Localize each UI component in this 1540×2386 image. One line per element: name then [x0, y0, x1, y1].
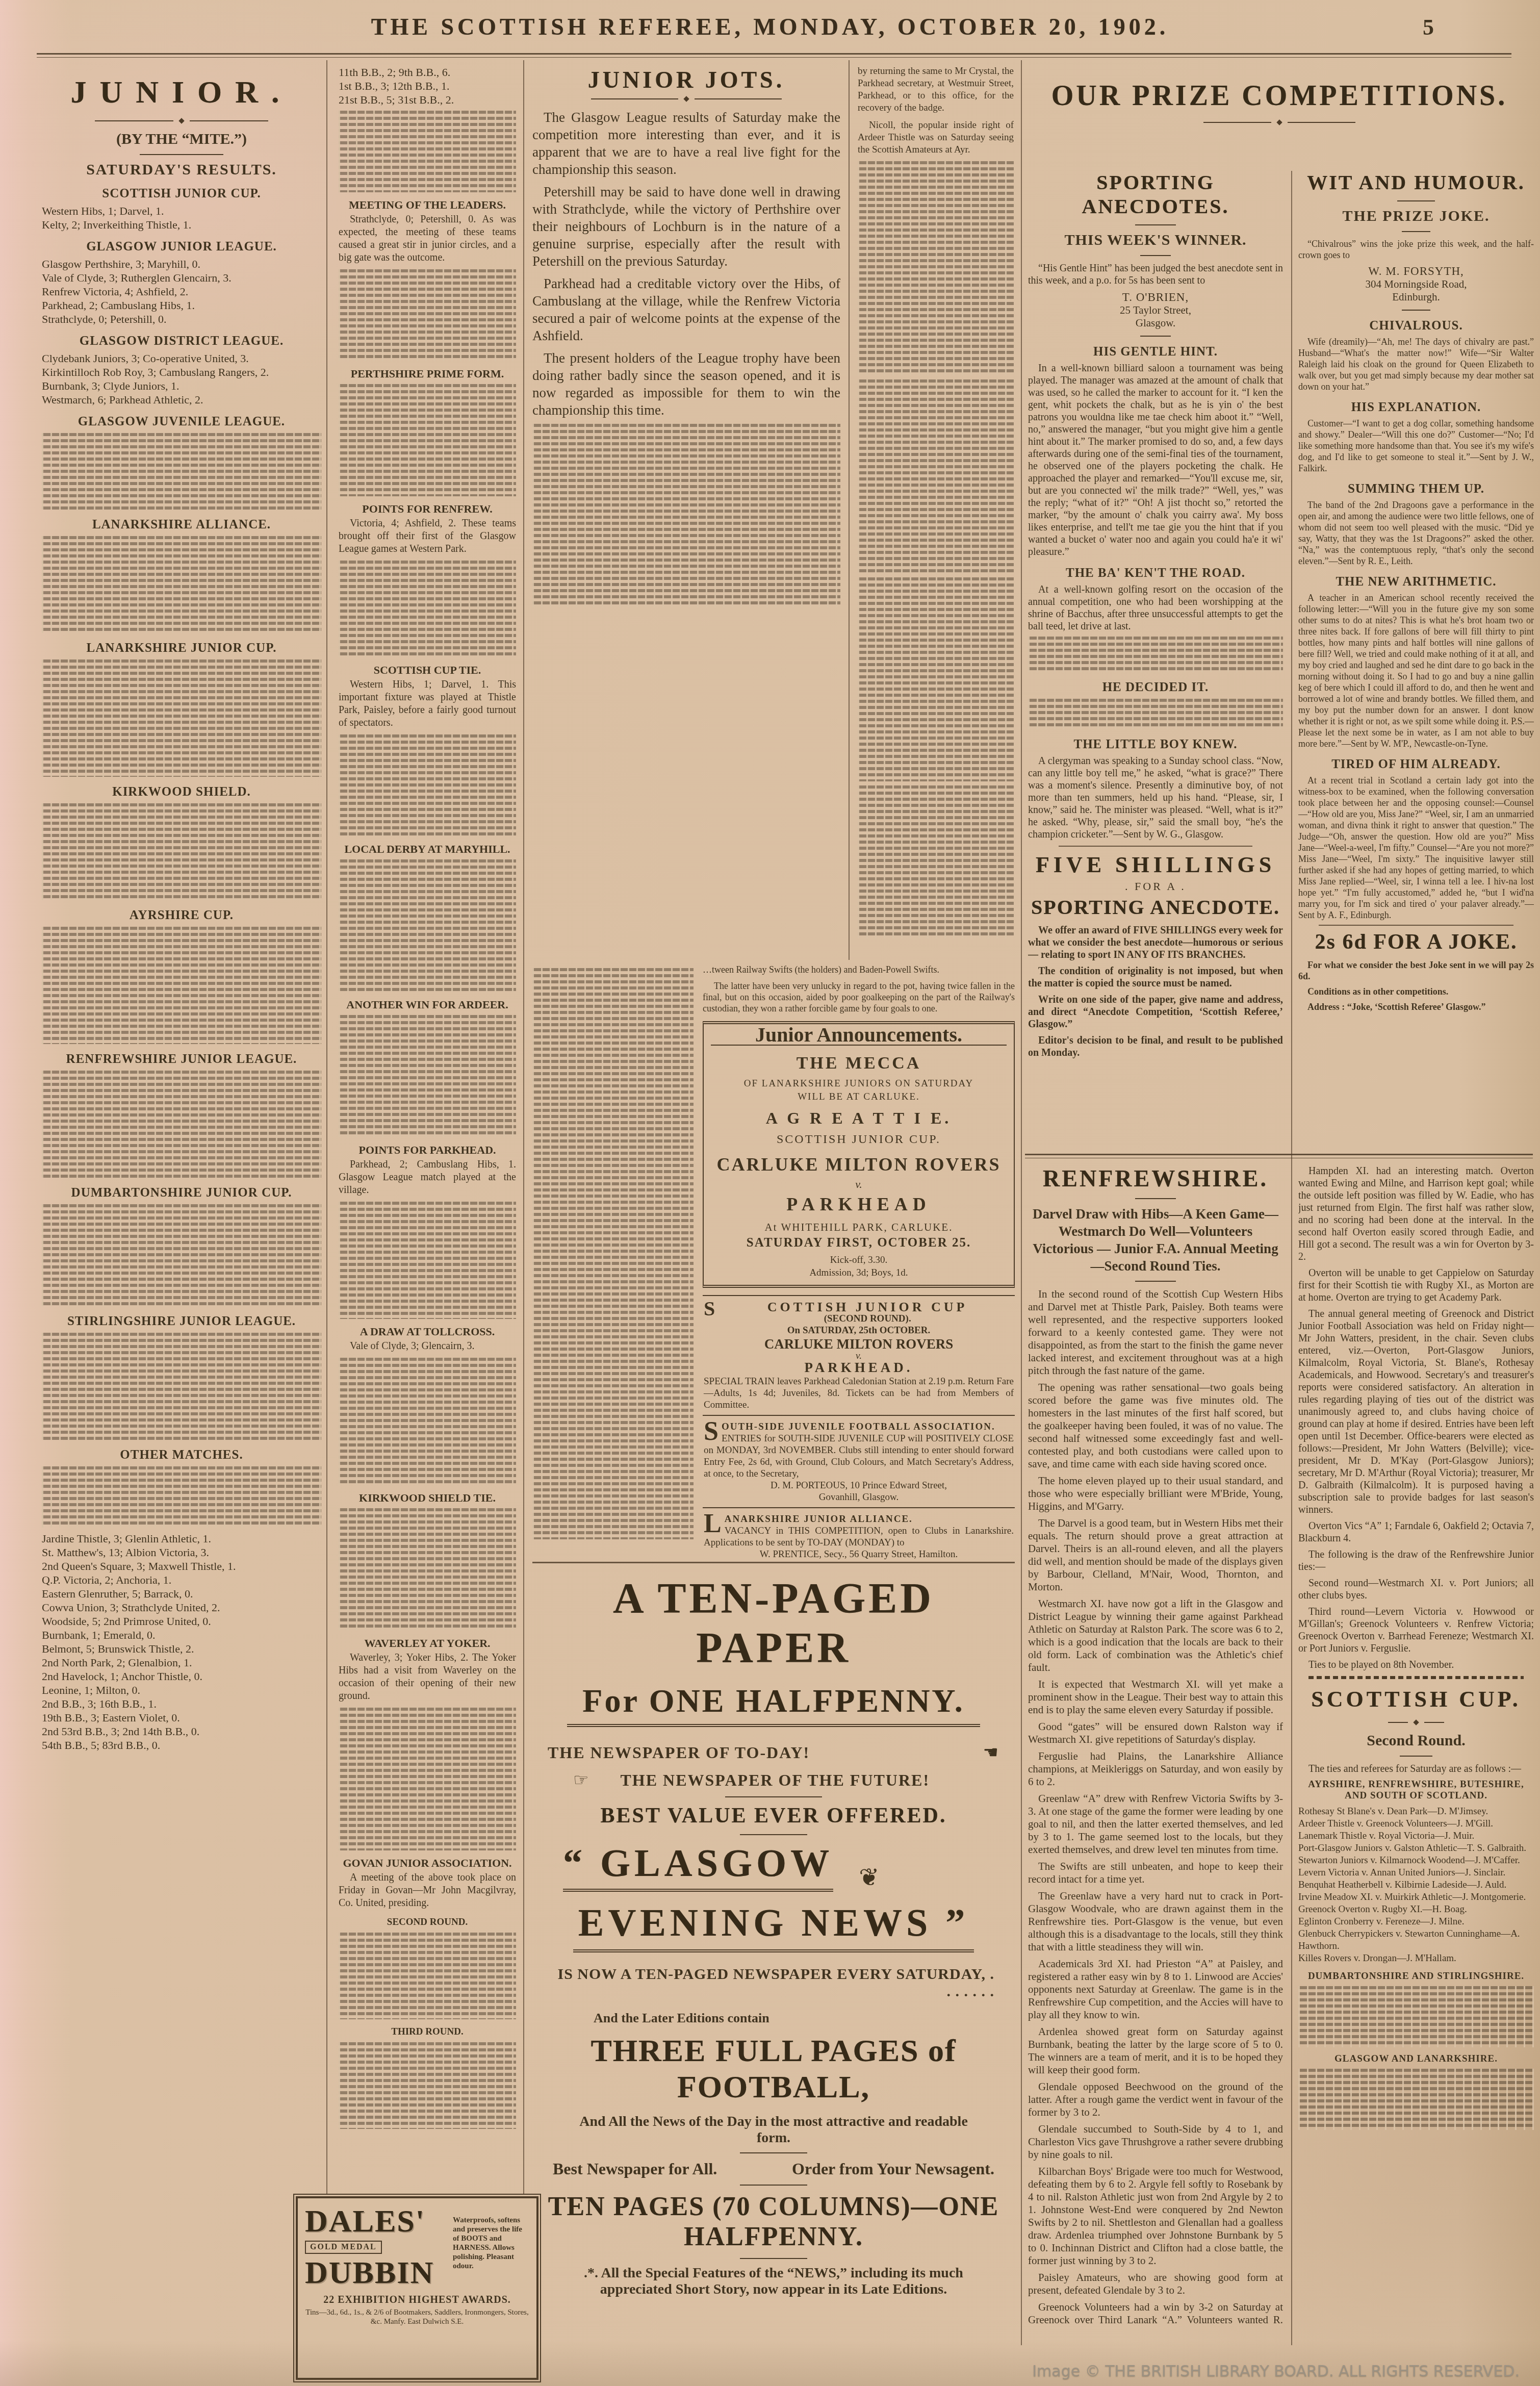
- illegible-text: [339, 384, 516, 496]
- classified-team: PARKHEAD.: [704, 1362, 1014, 1374]
- paragraph: It is expected that Westmarch XI. will y…: [1028, 1678, 1283, 1716]
- illegible-text: [339, 1358, 516, 1485]
- dubbin-ad: DALES' GOLD MEDAL DUBBIN Waterproofs, so…: [296, 2196, 538, 2380]
- joke-text: The band of the 2nd Dragoons gave a perf…: [1298, 499, 1534, 567]
- result-list: Western Hibs, 1; Darvel, 1.Kelty, 2; Inv…: [42, 204, 321, 232]
- divider-icon: [1402, 231, 1430, 232]
- junior-jots-column: JUNIOR JOTS. ◆ The Glasgow League result…: [532, 65, 840, 960]
- result-line: Kirkintilloch Rob Roy, 3; Cambuslang Ran…: [42, 365, 321, 379]
- paragraph: The Glasgow League results of Saturday m…: [532, 109, 840, 178]
- ad-brand: EVENING NEWS ”: [573, 1892, 974, 1952]
- dubbin-tins: Tins—3d., 6d., 1s., & 2/6 of Bootmakers,…: [305, 2308, 529, 2326]
- classified-sub: (SECOND ROUND).: [704, 1313, 1014, 1325]
- classified-sub: On SATURDAY, 25th OCTOBER.: [704, 1325, 1014, 1336]
- junior-column: JUNIOR. ◆ (BY THE “MITE.”) SATURDAY'S RE…: [42, 65, 321, 2330]
- result-line: Kelty, 2; Inverkeithing Thistle, 1.: [42, 218, 321, 232]
- column-rule: [1291, 171, 1292, 2345]
- divider-icon: [1140, 255, 1171, 256]
- paragraph: A meeting of the above took place on Fri…: [339, 1871, 516, 1910]
- section-rule: [1025, 1154, 1533, 1158]
- ad-line: THE NEWSPAPER OF TO-DAY!: [548, 1743, 810, 1762]
- ad-row: Best Newspaper for All. Order from Your …: [553, 2160, 994, 2178]
- result-line: 19th B.B., 3; Eastern Violet, 0.: [42, 1711, 321, 1724]
- result-line: Jardine Thistle, 3; Glenlin Athletic, 1.: [42, 1532, 321, 1545]
- paragraph: The opening was rather sensational—two g…: [1028, 1381, 1283, 1470]
- five-shillings-title: FIVE SHILLINGS: [1028, 852, 1283, 878]
- illegible-results: [42, 433, 321, 510]
- ad-row: ☞ THE NEWSPAPER OF THE FUTURE!: [573, 1770, 999, 1790]
- joke-box-title: 2s 6d FOR A JOKE.: [1298, 930, 1534, 954]
- illegible-results: [42, 1071, 321, 1178]
- ad-line: And the Later Editions contain: [594, 2011, 1015, 2026]
- divider-icon: [1402, 310, 1430, 311]
- box-line: SCOTTISH JUNIOR CUP.: [711, 1131, 1007, 1148]
- joke-text: A teacher in an American school recently…: [1298, 592, 1534, 749]
- ad-rule: [532, 1562, 1015, 1563]
- section-title: POINTS FOR RENFREW.: [339, 502, 516, 515]
- paragraph: Greenock Volunteers had a win by 3-2 on …: [1028, 2301, 1283, 2326]
- joke-text: At a recent trial in Scotland a certain …: [1298, 775, 1534, 921]
- section-title: ANOTHER WIN FOR ARDEER.: [339, 998, 516, 1011]
- ad-line: .*. All the Special Features of the “NEW…: [563, 2265, 984, 2298]
- round-title: SECOND ROUND.: [339, 1916, 516, 1928]
- result-list: Clydebank Juniors, 3; Co-operative Unite…: [42, 351, 321, 407]
- paragraph: The present holders of the League trophy…: [532, 349, 840, 419]
- divider-icon: ◆: [1388, 1718, 1445, 1726]
- wit-column: WIT AND HUMOUR. THE PRIZE JOKE. “Chivalr…: [1298, 170, 1534, 1151]
- divider-icon: [140, 154, 223, 155]
- paragraph: Glendale succumbed to South-Side by 4 to…: [1028, 2123, 1283, 2161]
- junior-title: JUNIOR.: [42, 74, 321, 111]
- divider-icon: ◆: [1203, 118, 1355, 126]
- five-shillings-text: Editor's decision to be final, and resul…: [1028, 1034, 1283, 1059]
- result-line: 11th B.B., 2; 9th B.B., 6.: [339, 65, 516, 79]
- tie-line: Rothesay St Blane's v. Dean Park—D. M'Ji…: [1298, 1806, 1534, 1818]
- box-line: At WHITEHILL PARK, CARLUKE.: [711, 1220, 1007, 1234]
- result-line: Westmarch, 6; Parkhead Athletic, 2.: [42, 393, 321, 407]
- ad-headline: TEN PAGES (70 COLUMNS)—ONE HALFPENNY.: [532, 2192, 1015, 2252]
- joke-winner-address: 304 Morningside Road,: [1298, 278, 1534, 291]
- section-title: LOCAL DERBY AT MARYHILL.: [339, 843, 516, 855]
- result-line: Strathclyde, 0; Petershill, 0.: [42, 312, 321, 326]
- joke-title: THE NEW ARITHMETIC.: [1298, 575, 1534, 589]
- illegible-text: [1028, 699, 1283, 729]
- paragraph: Hampden XI. had an interesting match. Ov…: [1298, 1165, 1534, 1263]
- result-line: 21st B.B., 5; 31st B.B., 2.: [339, 93, 516, 107]
- box-line: WILL BE AT CARLUKE.: [711, 1090, 1007, 1104]
- result-line: Cowva Union, 3; Strathclyde United, 2.: [42, 1601, 321, 1614]
- section-title: LANARKSHIRE JUNIOR CUP.: [42, 641, 321, 655]
- tie-line: Eglinton Cronberry v. Fereneze—J. Milne.: [1298, 1916, 1534, 1928]
- section-title: GLASGOW DISTRICT LEAGUE.: [42, 334, 321, 348]
- box-line: Admission, 3d; Boys, 1d.: [711, 1266, 1007, 1280]
- result-line: 54th B.B., 5; 83rd B.B., 0.: [42, 1738, 321, 1752]
- divider-icon: [740, 1834, 807, 1835]
- section-title: LANARKSHIRE ALLIANCE.: [42, 518, 321, 532]
- classified-signature: Govanhill, Glasgow.: [704, 1491, 1014, 1503]
- tie-line: Stewarton Juniors v. Kilmarnock Woodend—…: [1298, 1855, 1534, 1867]
- ad-brand: “ GLASGOW: [563, 1841, 833, 1892]
- tie-line: Lanemark Thistle v. Royal Victoria—J. Mu…: [1298, 1830, 1534, 1842]
- box-line: THE MECCA: [711, 1052, 1007, 1075]
- result-line: 2nd Havelock, 1; Anchor Thistle, 0.: [42, 1669, 321, 1683]
- prize-joke-title: THE PRIZE JOKE.: [1298, 208, 1534, 225]
- section-title: GLASGOW JUVENILE LEAGUE.: [42, 415, 321, 429]
- paragraph: Parkhead had a creditable victory over t…: [532, 275, 840, 344]
- results-title: SATURDAY'S RESULTS.: [42, 161, 321, 179]
- paragraph: Glendale opposed Beechwood on the ground…: [1028, 2080, 1283, 2119]
- divider-icon: [740, 2258, 807, 2259]
- rule: [1319, 925, 1513, 926]
- box-line: SATURDAY FIRST, OCTOBER 25.: [711, 1234, 1007, 1252]
- joke-text: Customer—“I want to get a dog collar, so…: [1298, 418, 1534, 474]
- joke-title: SUMMING THEM UP.: [1298, 482, 1534, 496]
- tie-line: Irvine Meadow XI. v. Muirkirk Athletic—J…: [1298, 1891, 1534, 1903]
- pointing-hand-icon: ☞: [573, 1770, 589, 1790]
- box-title: Junior Announcements.: [711, 1029, 1007, 1046]
- tie-line: Benquhat Heatherbell v. Kilbirnie Ladesi…: [1298, 1879, 1534, 1891]
- region-header: GLASGOW AND LANARKSHIRE.: [1298, 2053, 1534, 2065]
- result-line: Vale of Clyde, 3; Rutherglen Glencairn, …: [42, 271, 321, 285]
- paragraph: Strathclyde, 0; Petershill, 0. As was ex…: [339, 213, 516, 264]
- story-title: HE DECIDED IT.: [1028, 680, 1283, 695]
- jots-title: JUNIOR JOTS.: [532, 71, 840, 89]
- story-title: THE BA' KEN'T THE ROAD.: [1028, 566, 1283, 580]
- result-line: Woodside, 5; 2nd Primrose United, 0.: [42, 1614, 321, 1628]
- result-line: Glasgow Perthshire, 3; Maryhill, 0.: [42, 257, 321, 271]
- scottish-cup-title: SCOTTISH CUP.: [1298, 1686, 1534, 1712]
- dubbin-brand: DUBBIN: [305, 2255, 446, 2291]
- illegible-results: [42, 1333, 321, 1440]
- divider-icon: [1140, 336, 1171, 337]
- paragraph: Ferguslie had Plains, the Lanarkshire Al…: [1028, 1750, 1283, 1788]
- column-rule: [849, 60, 850, 960]
- paragraph: The Greenlaw have a very hard nut to cra…: [1028, 1890, 1283, 1953]
- region-header: DUMBARTONSHIRE AND STIRLINGSHIRE.: [1298, 1971, 1534, 1982]
- round-title: THIRD ROUND.: [339, 2025, 516, 2038]
- section-title: GOVAN JUNIOR ASSOCIATION.: [339, 1857, 516, 1869]
- illegible-text: [339, 111, 516, 192]
- column-rule: [326, 60, 327, 2345]
- wavy-rule: [1308, 1676, 1524, 1679]
- paragraph: Waverley, 3; Yoker Hibs, 2. The Yoker Hi…: [339, 1652, 516, 1703]
- joke-box-text: For what we consider the best Joke sent …: [1298, 959, 1534, 982]
- paragraph: The latter have been very unlucky in reg…: [703, 980, 1015, 1014]
- tie-line: Glenbuck Cherrypickers v. Stewarton Cunn…: [1298, 1928, 1534, 1952]
- section-title: MEETING OF THE LEADERS.: [339, 198, 516, 211]
- joke-title: HIS EXPLANATION.: [1298, 400, 1534, 415]
- scottish-cup-column: Hampden XI. had an interesting match. Ov…: [1298, 1165, 1534, 2326]
- dubbin-awards: 22 EXHIBITION HIGHEST AWARDS.: [305, 2294, 529, 2306]
- section-title: DUMBARTONSHIRE JUNIOR CUP.: [42, 1186, 321, 1200]
- column-rule: [523, 60, 524, 2345]
- five-shillings-text: The condition of originality is not impo…: [1028, 965, 1283, 989]
- section-title: SCOTTISH JUNIOR CUP.: [42, 187, 321, 201]
- tie-line: Greenock Overton v. Rugby XI.—H. Boag.: [1298, 1903, 1534, 1916]
- result-line: Parkhead, 2; Cambuslang Hibs, 1.: [42, 298, 321, 312]
- section-title: RENFREWSHIRE JUNIOR LEAGUE.: [42, 1052, 321, 1067]
- box-line: CARLUKE MILTON ROVERS: [711, 1152, 1007, 1177]
- renfrewshire-column: RENFREWSHIRE. Darvel Draw with Hibs—A Ke…: [1028, 1165, 1283, 2326]
- copyright-notice: Image © THE BRITISH LIBRARY BOARD. ALL R…: [1032, 2363, 1520, 2380]
- other-matches-list: Jardine Thistle, 3; Glenlin Athletic, 1.…: [42, 1532, 321, 1752]
- wit-title: WIT AND HUMOUR.: [1298, 170, 1534, 194]
- joke-box-text: Address : “Joke, ‘Scottish Referee’ Glas…: [1298, 1001, 1534, 1012]
- classified-head: SCOTTISH JUNIOR CUP: [704, 1301, 1014, 1313]
- illegible-text: [858, 785, 1014, 938]
- result-line: Clydebank Juniors, 3; Co-operative Unite…: [42, 351, 321, 365]
- result-line: 2nd North Park, 2; Glenalbion, 1.: [42, 1656, 321, 1669]
- box-line: PARKHEAD: [711, 1192, 1007, 1217]
- illegible-text: [339, 1708, 516, 1850]
- joke-box-text: Conditions as in other competitions.: [1298, 986, 1534, 997]
- page-number: 5: [1423, 14, 1434, 40]
- anecdotes-column: SPORTING ANECDOTES. THIS WEEK'S WINNER. …: [1028, 170, 1283, 1151]
- paragraph: Overton Vics “A” 1; Farndale 6, Oakfield…: [1298, 1520, 1534, 1544]
- result-line: Eastern Glenruther, 5; Barrack, 0.: [42, 1587, 321, 1601]
- result-line: Burnbank, 3; Clyde Juniors, 1.: [42, 379, 321, 393]
- divider-icon: [1135, 1198, 1176, 1199]
- section-title: GLASGOW JUNIOR LEAGUE.: [42, 240, 321, 254]
- illegible-text: [339, 2042, 516, 2129]
- paragraph: by returning the same to Mr Crystal, the…: [858, 65, 1014, 114]
- story-title: HIS GENTLE HINT.: [1028, 345, 1283, 359]
- ad-line: Order from Your Newsagent.: [792, 2160, 994, 2178]
- paragraph: The Darvel is a good team, but in Wester…: [1028, 1517, 1283, 1593]
- tie-line: Levern Victoria v. Annan United Juniors—…: [1298, 1867, 1534, 1879]
- joke-title: TIRED OF HIM ALREADY.: [1298, 757, 1534, 772]
- rule: [1059, 846, 1252, 847]
- illegible-text: [532, 424, 840, 607]
- paragraph: Vale of Clyde, 3; Glencairn, 3.: [339, 1340, 516, 1353]
- joke-winner-address: Edinburgh.: [1298, 291, 1534, 303]
- ad-line: IS NOW A TEN-PAGED NEWSPAPER EVERY SATUR…: [553, 1966, 994, 2000]
- tie-line: Ardeer Thistle v. Greenock Volunteers—J.…: [1298, 1818, 1534, 1830]
- illegible-results: [42, 1204, 321, 1306]
- section-title: SCOTTISH CUP TIE.: [339, 664, 516, 676]
- illegible-results: [42, 659, 321, 777]
- result-line: Q.P. Victoria, 2; Anchoria, 1.: [42, 1573, 321, 1587]
- paragraph: Overton will be unable to get Cappielow …: [1298, 1267, 1534, 1304]
- section-title: AYRSHIRE CUP.: [42, 908, 321, 923]
- ties-list: Rothesay St Blane's v. Dean Park—D. M'Ji…: [1298, 1806, 1534, 1965]
- paragraph: …tween Railway Swifts (the holders) and …: [703, 964, 1015, 975]
- paragraph: Petershill may be said to have done well…: [532, 183, 840, 270]
- junior-byline: (BY THE “MITE.”): [42, 131, 321, 148]
- column-four: by returning the same to Mr Crystal, the…: [858, 65, 1014, 960]
- classified-signature: W. PRENTICE, Secy., 56 Quarry Street, Ha…: [704, 1549, 1014, 1560]
- paragraph: The annual general meeting of Greenock a…: [1298, 1308, 1534, 1516]
- classified-body: SPECIAL TRAIN leaves Parkhead Caledonian…: [704, 1376, 1014, 1411]
- column-three-continued: [532, 964, 694, 1560]
- renfrewshire-title: RENFREWSHIRE.: [1028, 1165, 1283, 1192]
- paragraph: Good “gates” will be ensured down Ralsto…: [1028, 1720, 1283, 1746]
- paragraph: Academicals 3rd XI. had Prieston “A” at …: [1028, 1958, 1283, 2021]
- illegible-text: [339, 561, 516, 657]
- tie-line: Killes Rovers v. Drongan—J. M'Hallam.: [1298, 1952, 1534, 1965]
- paragraph: Third round—Levern Victoria v. Howwood o…: [1298, 1606, 1534, 1655]
- illegible-text: [339, 1508, 516, 1631]
- box-line: v.: [711, 1177, 1007, 1192]
- paragraph: Ardenlea showed great form on Saturday a…: [1028, 2025, 1283, 2076]
- flourish-icon: ❦: [859, 1863, 879, 1892]
- illegible-results: [42, 927, 321, 1044]
- divider-icon: [1397, 200, 1435, 201]
- paragraph: Second round—Westmarch XI. v. Port Junio…: [1298, 1577, 1534, 1602]
- illegible-text: [339, 1933, 516, 2019]
- result-line: Burnbank, 1; Emerald, 0.: [42, 1628, 321, 1642]
- announcements-row: …tween Railway Swifts (the holders) and …: [532, 964, 1015, 1560]
- story-text: In a well-known billiard saloon a tourna…: [1028, 362, 1283, 558]
- result-line: 2nd 53rd B.B., 3; 2nd 14th B.B., 0.: [42, 1724, 321, 1738]
- result-list: Glasgow Perthshire, 3; Maryhill, 0.Vale …: [42, 257, 321, 326]
- paragraph: Western Hibs, 1; Darvel, 1. This importa…: [339, 678, 516, 729]
- result-line: Belmont, 5; Brunswick Thistle, 2.: [42, 1642, 321, 1656]
- illegible-text: [339, 734, 516, 836]
- illegible-text: [1298, 1986, 1534, 2047]
- paragraph: The home eleven played up to their usual…: [1028, 1475, 1283, 1513]
- illegible-text: [339, 269, 516, 361]
- ad-headline: For ONE HALFPENNY.: [567, 1682, 980, 1727]
- tie-line: Port-Glasgow Juniors v. Galston Athletic…: [1298, 1842, 1534, 1855]
- newspaper-page: THE SCOTTISH REFEREE, MONDAY, OCTOBER 20…: [0, 0, 1540, 2386]
- result-line: Leonine, 1; Milton, 0.: [42, 1683, 321, 1697]
- illegible-text: [1028, 637, 1283, 672]
- illegible-results: [42, 536, 321, 633]
- section-title: KIRKWOOD SHIELD.: [42, 785, 321, 799]
- bb-results: 11th B.B., 2; 9th B.B., 6.1st B.B., 3; 1…: [339, 65, 516, 107]
- paragraph: Nicoll, the popular inside right of Arde…: [858, 119, 1014, 156]
- divider-icon: [725, 1796, 822, 1797]
- junior-announcements-box: Junior Announcements. THE MECCA OF LANAR…: [703, 1021, 1015, 1288]
- drop-cap: L: [704, 1513, 725, 1535]
- story-text: At a well-known golfing resort on the oc…: [1028, 583, 1283, 632]
- paragraph: Greenlaw “A” drew with Renfrew Victoria …: [1028, 1792, 1283, 1856]
- five-shillings-sub: SPORTING ANECDOTE.: [1028, 895, 1283, 919]
- illegible-text: [339, 1015, 516, 1137]
- illegible-text: [339, 1202, 516, 1319]
- paragraph: Paisley Amateurs, who are showing good f…: [1028, 2271, 1283, 2297]
- section-title: KIRKWOOD SHIELD TIE.: [339, 1491, 516, 1504]
- paragraph: Westmarch XI. have now got a lift in the…: [1028, 1597, 1283, 1674]
- drop-cap: S: [704, 1421, 722, 1442]
- result-line: 1st B.B., 3; 12th B.B., 1.: [339, 79, 516, 93]
- scottish-cup-intro: The ties and referees for Saturday are a…: [1298, 1763, 1534, 1775]
- announcements-column: …tween Railway Swifts (the holders) and …: [703, 964, 1015, 1560]
- winner-name: T. O'BRIEN,: [1028, 291, 1283, 304]
- section-title: STIRLINGSHIRE JUNIOR LEAGUE.: [42, 1314, 321, 1329]
- divider-icon: [1135, 224, 1176, 225]
- ad-headline: THREE FULL PAGES of FOOTBALL,: [532, 2033, 1015, 2105]
- scottish-cup-subtitle: Second Round.: [1298, 1732, 1534, 1749]
- ad-line: THE NEWSPAPER OF THE FUTURE!: [620, 1771, 930, 1790]
- paragraph: The Swifts are still unbeaten, and hope …: [1028, 1860, 1283, 1886]
- dubbin-brand: DALES': [305, 2203, 446, 2240]
- paragraph: Parkhead, 2; Cambuslang Hibs, 1. Glasgow…: [339, 1158, 516, 1197]
- dubbin-tagline: Waterproofs, softens and preserves the l…: [453, 2203, 529, 2271]
- result-line: Renfrew Victoria, 4; Ashfield, 2.: [42, 285, 321, 298]
- box-line: Kick-off, 3.30.: [711, 1254, 1007, 1267]
- section-title: WAVERLEY AT YOKER.: [339, 1637, 516, 1649]
- divider-icon: [740, 2152, 807, 2153]
- five-shillings-text: We offer an award of FIVE SHILLINGS ever…: [1028, 924, 1283, 961]
- section-title: A DRAW AT TOLLCROSS.: [339, 1325, 516, 1338]
- winner-address: 25 Taylor Street,: [1028, 304, 1283, 317]
- classified-team: CARLUKE MILTON ROVERS: [704, 1338, 1014, 1350]
- joke-text: Wife (dreamily)—“Ah, me! The days of chi…: [1298, 336, 1534, 392]
- evening-news-ad: A TEN-PAGED PAPER For ONE HALFPENNY. THE…: [532, 1571, 1015, 2326]
- section-title: POINTS FOR PARKHEAD.: [339, 1144, 516, 1156]
- illegible-text: [532, 968, 694, 1539]
- ad-row: “ GLASGOW ❦: [563, 1841, 1015, 1892]
- five-shillings-sub: . FOR A .: [1028, 880, 1283, 893]
- joke-winner-name: W. M. FORSYTH,: [1298, 265, 1534, 278]
- anecdotes-title: SPORTING ANECDOTES.: [1028, 170, 1283, 218]
- ad-line: Best Newspaper for All.: [553, 2160, 717, 2178]
- renfrewshire-subtitle: Darvel Draw with Hibs—A Keen Game—Westma…: [1032, 1205, 1279, 1275]
- region-header: AYRSHIRE, RENFREWSHIRE, BUTESHIRE, AND S…: [1298, 1779, 1534, 1801]
- paragraph: Kilbarchan Boys' Brigade were too much f…: [1028, 2165, 1283, 2267]
- result-line: 2nd Queen's Square, 3; Maxwell Thistle, …: [42, 1559, 321, 1573]
- result-line: 2nd B.B., 3; 16th B.B., 1.: [42, 1697, 321, 1711]
- illegible-text: [1298, 2069, 1534, 2130]
- classified-ad: SOUTH-SIDE JUVENILE FOOTBALL ASSOCIATION…: [703, 1415, 1015, 1507]
- paragraph: The following is the draw of the Renfrew…: [1298, 1549, 1534, 1573]
- result-line: Western Hibs, 1; Darvel, 1.: [42, 204, 321, 218]
- prize-title: OUR PRIZE COMPETITIONS.: [1026, 80, 1533, 112]
- box-line: A G R E A T T I E.: [711, 1107, 1007, 1129]
- masthead-title: THE SCOTTISH REFEREE, MONDAY, OCTOBER 20…: [371, 14, 1169, 40]
- section-title: PERTHSHIRE PRIME FORM.: [339, 367, 516, 380]
- masthead-rule: [37, 53, 1511, 58]
- result-line: St. Matthew's, 13; Albion Victoria, 3.: [42, 1545, 321, 1559]
- ad-line: BEST VALUE EVER OFFERED.: [532, 1804, 1015, 1828]
- section-title: OTHER MATCHES.: [42, 1448, 321, 1462]
- winner-title: THIS WEEK'S WINNER.: [1028, 232, 1283, 249]
- classified-ad: LANARKSHIRE JUNIOR ALLIANCE. VACANCY in …: [703, 1507, 1015, 1560]
- classified-signature: D. M. PORTEOUS, 10 Prince Edward Street,: [704, 1480, 1014, 1491]
- paragraph: Victoria, 4; Ashfield, 2. These teams br…: [339, 517, 516, 555]
- illegible-text: [858, 379, 1014, 573]
- five-shillings-text: Write on one side of the paper, give nam…: [1028, 994, 1283, 1030]
- prize-banner: OUR PRIZE COMPETITIONS. ◆: [1026, 70, 1533, 170]
- illegible-text: [858, 161, 1014, 375]
- ad-headline: A TEN-PAGED PAPER: [532, 1574, 1015, 1673]
- illegible-text: [339, 859, 516, 992]
- classified-body: VACANCY in THIS COMPETITION, open to Clu…: [704, 1525, 1014, 1549]
- illegible-text: [858, 577, 1014, 781]
- box-line: OF LANARKSHIRE JUNIORS ON SATURDAY: [711, 1077, 1007, 1090]
- joke-intro: “Chivalrous” wins the joke prize this we…: [1298, 238, 1534, 261]
- classified-body: ENTRIES for SOUTH-SIDE JUVENILE CUP will…: [704, 1433, 1014, 1480]
- illegible-results: [42, 1466, 321, 1528]
- gold-medal-badge: GOLD MEDAL: [305, 2241, 382, 2254]
- pointing-hand-icon: ☚: [983, 1742, 999, 1763]
- ad-row: THE NEWSPAPER OF TO-DAY! ☚: [548, 1742, 999, 1763]
- paragraph: Ties to be played on 8th November.: [1298, 1659, 1534, 1671]
- drop-cap: S: [704, 1301, 721, 1316]
- divider-icon: ◆: [95, 117, 268, 124]
- divider-icon: [1400, 1756, 1433, 1757]
- divider-icon: [1135, 1281, 1176, 1282]
- winner-text: “His Gentle Hint” has been judged the be…: [1028, 262, 1283, 287]
- story-text: A clergyman was speaking to a Sunday sch…: [1028, 755, 1283, 841]
- winner-address: Glasgow.: [1028, 317, 1283, 329]
- classified-ad: SCOTTISH JUNIOR CUP (SECOND ROUND). On S…: [703, 1295, 1015, 1415]
- joke-title: CHIVALROUS.: [1298, 319, 1534, 333]
- divider-icon: [740, 2185, 807, 2186]
- ad-line: And All the News of the Day in the most …: [578, 2114, 969, 2146]
